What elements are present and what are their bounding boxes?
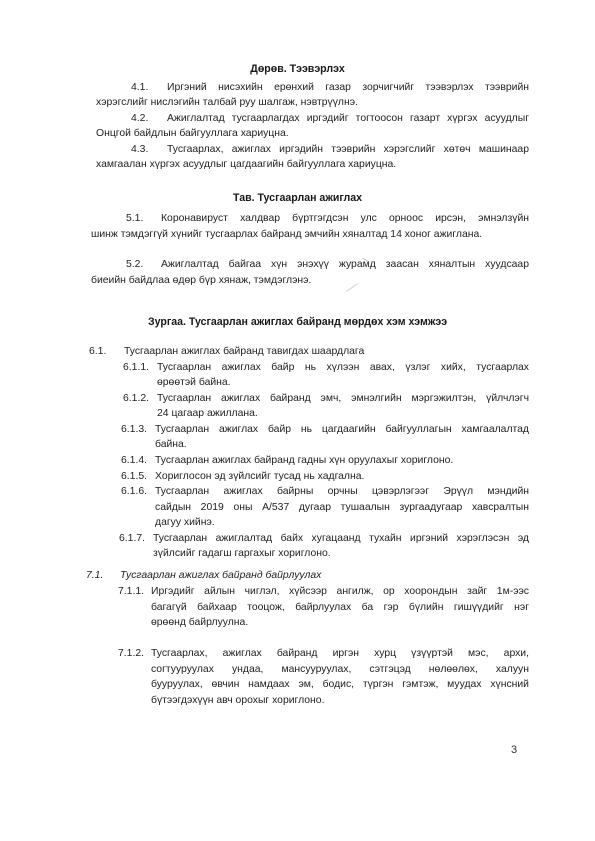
item-6-1-1-line: өрөөтэй байна. bbox=[157, 377, 231, 389]
item-4-3-number: 4.3. bbox=[131, 144, 148, 156]
item-7-1-1-number: 7.1.1. bbox=[118, 586, 144, 598]
item-6-1-4-line: Тусгаарлан ажиглах байранд гадны хүн ору… bbox=[155, 455, 453, 467]
item-6-1-3-line: байна. bbox=[155, 439, 187, 451]
item-4-1-number: 4.1. bbox=[131, 82, 148, 94]
item-5-2-continuation: биеийн байдлаа өдөр бүр хянаж, тэмдэглэн… bbox=[91, 275, 311, 287]
item-6-1-5-number: 6.1.5. bbox=[121, 471, 147, 483]
item-7-1-number: 7.1. bbox=[86, 570, 103, 582]
item-4-3-first-line: Тусгаарлах, ажиглах иргэдийн тээврийн хэ… bbox=[167, 144, 529, 156]
item-5-2-number: 5.2. bbox=[126, 259, 143, 271]
item-4-2-continuation: Онцгой байдлын байгууллага хариуцна. bbox=[96, 128, 289, 140]
item-7-1-2-line: согтууруулах ундаа, мансууруулах, сэтгэц… bbox=[151, 664, 529, 676]
item-4-1-continuation: хэрэгслийг нислэгийн талбай руу шалгаж, … bbox=[96, 97, 358, 109]
document-page: Дөрөв. Тээвэрлэх 4.1. Иргэний нисэхийн е… bbox=[0, 0, 595, 841]
item-7-1-2-line: Тусгаарлах, ажиглах байранд иргэн хурц ү… bbox=[151, 648, 529, 660]
item-6-1-6-line: Тусгаарлан ажиглах байрны орчны цэвэрлэг… bbox=[155, 486, 529, 498]
item-7-1-1-line: Иргэдийг айлын чиглэл, хүйсээр ангилж, о… bbox=[151, 586, 529, 598]
item-7-1-2-line: бууруулах, өвчин намдаах эм, бодис, түрг… bbox=[151, 679, 529, 691]
section-four-heading: Дөрөв. Тээвэрлэх bbox=[0, 63, 595, 75]
item-6-1-2-line: 24 цагаар ажиллана. bbox=[157, 408, 258, 420]
item-7-1-2-number: 7.1.2. bbox=[118, 648, 144, 660]
item-6-1-5-line: Хориглосон эд зүйлсийг тусад нь хадгална… bbox=[155, 471, 364, 483]
item-6-1-6-line: сайдын 2019 оны А/537 дугаар тушаалын зу… bbox=[155, 502, 529, 514]
item-7-1-1-line: багагүй байхаар тооцож, байрлуулах ба гэ… bbox=[151, 602, 529, 614]
item-5-2-first-line: Ажиглалтад байгаа хүн энэхүү журамд заас… bbox=[161, 259, 529, 271]
item-5-1-first-line: Коронавируст халдвар бүртгэгдсэн улс орн… bbox=[161, 213, 529, 225]
item-4-1-first-line: Иргэний нисэхийн ерөнхий газар зорчигчий… bbox=[167, 82, 529, 94]
page-number: 3 bbox=[511, 744, 517, 756]
section-five-heading: Тав. Тусгаарлан ажиглах bbox=[0, 192, 595, 204]
item-6-1-7-number: 6.1.7. bbox=[119, 533, 145, 545]
item-6-1-4-number: 6.1.4. bbox=[121, 455, 147, 467]
item-6-1-7-line: Тусгаарлан ажиглалтад байх хугацаанд тух… bbox=[153, 533, 529, 545]
item-4-2-number: 4.2. bbox=[131, 113, 148, 125]
item-6-1-1-number: 6.1.1. bbox=[123, 362, 149, 374]
scan-artifact-mark bbox=[346, 283, 358, 292]
item-6-1-1-line: Тусгаарлан ажиглах байр нь хүлээн авах, … bbox=[157, 362, 529, 374]
item-7-1-1-line: өрөөнд байрлуулна. bbox=[151, 617, 248, 629]
item-4-2-first-line: Ажиглалтад тусгаарлагдах иргэдийг тогтоо… bbox=[167, 113, 529, 125]
section-six-heading: Зургаа. Тусгаарлан ажиглах байранд мөрдө… bbox=[0, 316, 595, 328]
item-6-1-6-number: 6.1.6. bbox=[121, 486, 147, 498]
item-6-1-3-number: 6.1.3. bbox=[121, 424, 147, 436]
item-5-1-number: 5.1. bbox=[126, 213, 143, 225]
item-6-1-6-line: дагуу хийнэ. bbox=[155, 517, 215, 529]
item-6-1-2-line: Тусгаарлан ажиглах байранд эмч, эмнэлгий… bbox=[157, 393, 529, 405]
item-6-1-3-line: Тусгаарлан ажиглах байр нь цагдаагийн ба… bbox=[155, 424, 529, 436]
item-6-1-title: Тусгаарлан ажиглах байранд тавигдах шаар… bbox=[124, 346, 364, 358]
item-6-1-7-line: зүйлсийг гадагш гаргахыг хориглоно. bbox=[153, 548, 331, 560]
item-7-1-2-line: бүтээгдэхүүн авч орохыг хориглоно. bbox=[151, 695, 324, 707]
item-5-1-continuation: шинж тэмдэггүй хүнийг тусгаарлах байранд… bbox=[91, 229, 482, 241]
item-6-1-2-number: 6.1.2. bbox=[123, 393, 149, 405]
item-4-3-continuation: хамгаалан хүргэх асуудлыг цагдаагийн бай… bbox=[96, 159, 396, 171]
item-6-1-number: 6.1. bbox=[89, 346, 106, 358]
item-7-1-title: Тусгаарлан ажиглах байранд байрлуулах bbox=[120, 570, 321, 582]
